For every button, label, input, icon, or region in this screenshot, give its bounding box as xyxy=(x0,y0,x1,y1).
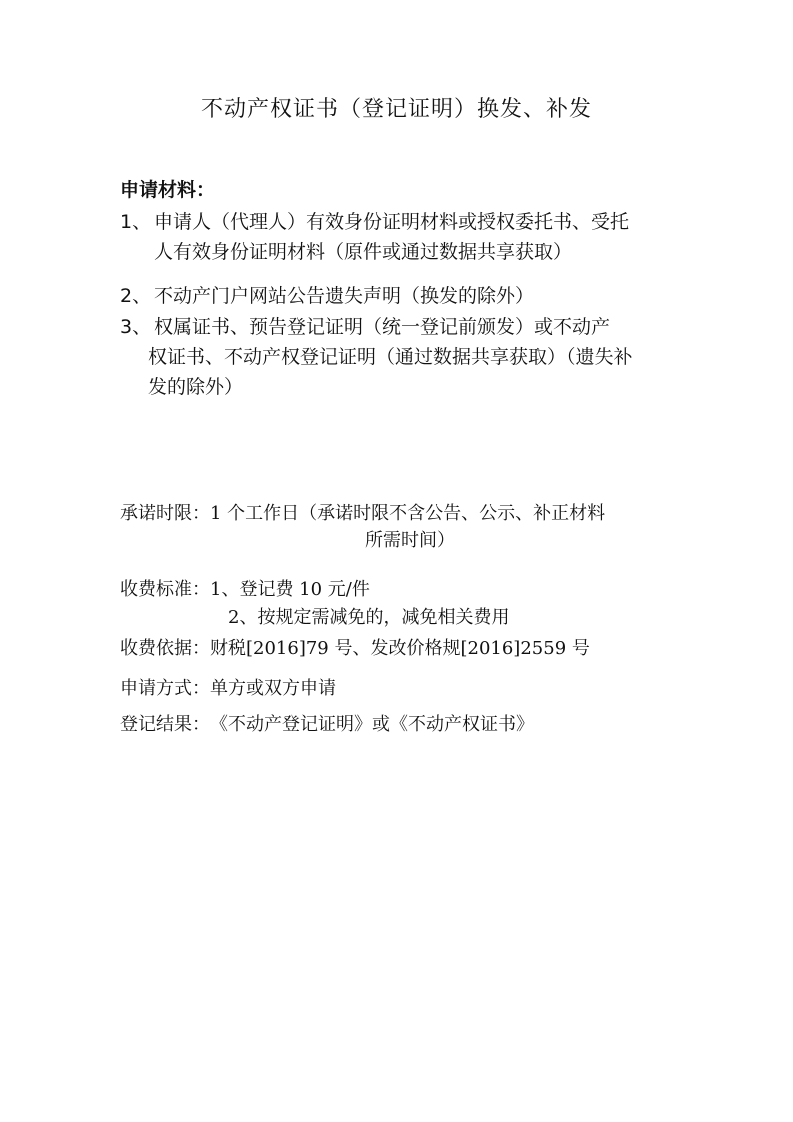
fee-basis: 收费依据：财税[2016]79 号、发改价格规[2016]2559 号 xyxy=(120,635,590,662)
materials-heading: 申请材料： xyxy=(120,175,215,205)
application-method-label: 申请方式： xyxy=(120,675,210,702)
registration-result-label: 登记结果： xyxy=(120,711,210,738)
material-item-text: 申请人（代理人）有效身份证明材料或授权委托书、受托 xyxy=(154,211,629,233)
material-item-text-cont: 权证书、不动产权登记证明（通过数据共享获取）（遗失补 xyxy=(120,342,700,372)
fee-basis-value: 财税[2016]79 号、发改价格规[2016]2559 号 xyxy=(210,638,590,659)
promise-time: 承诺时限：1 个工作日（承诺时限不含公告、公示、补正材料 所需时间） xyxy=(120,500,700,554)
document-page: 不动产权证书（登记证明）换发、补发 申请材料： 1、申请人（代理人）有效身份证明… xyxy=(0,0,793,1122)
material-item-1: 1、申请人（代理人）有效身份证明材料或授权委托书、受托 人有效身份证明材料（原件… xyxy=(120,207,700,267)
promise-time-value: 1 个工作日（承诺时限不含公告、公示、补正材料 xyxy=(210,503,605,524)
application-method: 申请方式：单方或双方申请 xyxy=(120,675,336,702)
fee-standard-item: 1、登记费 10 元/件 xyxy=(210,579,370,600)
material-item-text-cont: 人有效身份证明材料（原件或通过数据共享获取） xyxy=(120,237,700,267)
material-item-3: 3、权属证书、预告登记证明（统一登记前颁发）或不动产 权证书、不动产权登记证明（… xyxy=(120,312,700,402)
document-title: 不动产权证书（登记证明）换发、补发 xyxy=(0,94,793,126)
fee-standard: 收费标准：1、登记费 10 元/件 xyxy=(120,576,370,603)
registration-result: 登记结果：《不动产登记证明》或《不动产权证书》 xyxy=(120,711,534,738)
registration-result-value: 《不动产登记证明》或《不动产权证书》 xyxy=(210,714,534,735)
material-item-number: 1、 xyxy=(120,207,154,237)
promise-time-label: 承诺时限： xyxy=(120,503,210,524)
fee-basis-label: 收费依据： xyxy=(120,635,210,662)
material-item-text: 权属证书、预告登记证明（统一登记前颁发）或不动产 xyxy=(154,316,610,338)
material-item-number: 3、 xyxy=(120,312,154,342)
material-item-number: 2、 xyxy=(120,281,154,311)
promise-time-value-cont: 所需时间） xyxy=(120,527,700,554)
material-item-text-cont: 发的除外） xyxy=(120,372,700,402)
application-method-value: 单方或双方申请 xyxy=(210,678,336,699)
fee-standard-item-2: 2、按规定需减免的，减免相关费用 xyxy=(228,604,509,631)
material-item-text: 不动产门户网站公告遗失声明（换发的除外） xyxy=(154,285,534,307)
material-item-2: 2、不动产门户网站公告遗失声明（换发的除外） xyxy=(120,281,700,311)
fee-standard-label: 收费标准： xyxy=(120,576,210,603)
